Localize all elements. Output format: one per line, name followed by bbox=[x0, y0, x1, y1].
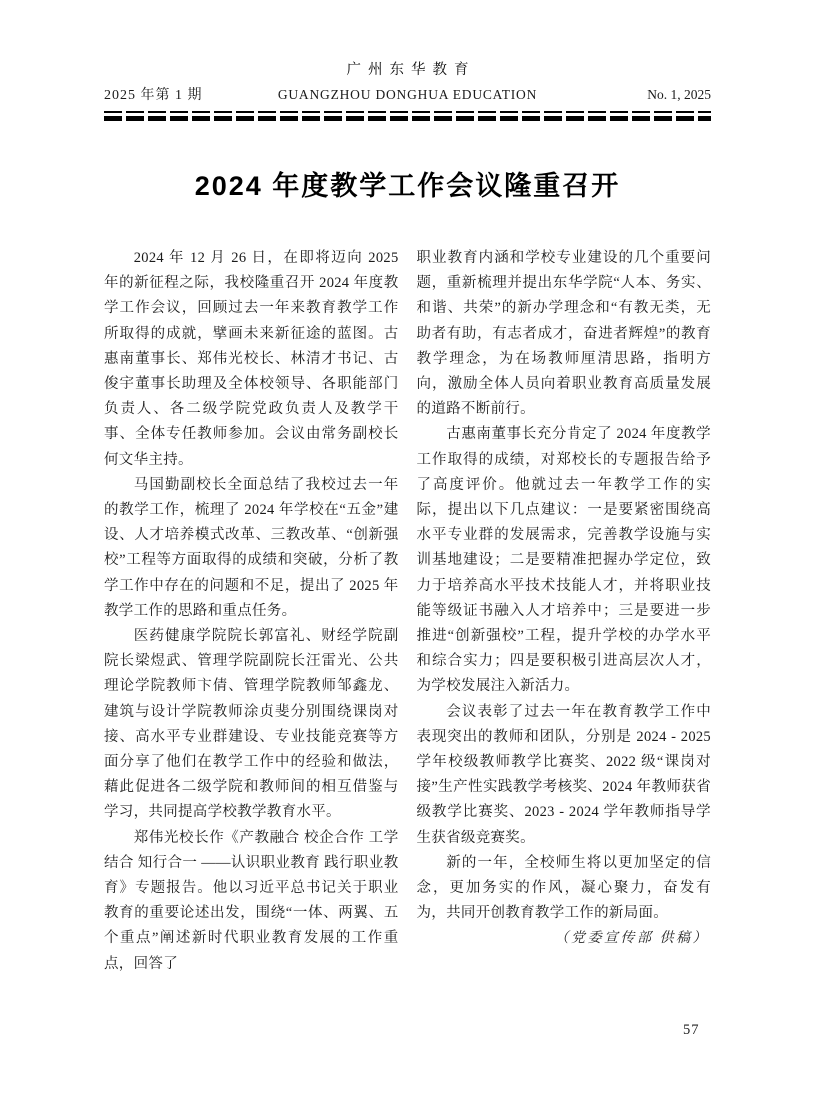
article-body: 2024 年 12 月 26 日，在即将迈向 2025 年的新征程之际，我校隆重… bbox=[104, 246, 711, 977]
issue-number-cn: 2025 年第 1 期 bbox=[104, 84, 274, 104]
header-divider bbox=[104, 111, 711, 121]
article-paragraph: 新的一年，全校师生将以更加坚定的信念，更加务实的作风，凝心聚力，奋发有为，共同开… bbox=[417, 851, 712, 927]
journal-header: 广州东华教育 2025 年第 1 期 GUANGZHOU DONGHUA EDU… bbox=[104, 58, 711, 121]
issue-number-en: No. 1, 2025 bbox=[541, 87, 711, 103]
article-paragraph: 古惠南董事长充分肯定了 2024 年度教学工作取得的成绩，对郑校长的专题报告给予… bbox=[417, 422, 712, 699]
header-rule-thick bbox=[104, 116, 711, 121]
article-paragraph: 职业教育内涵和学校专业建设的几个重要问题，重新梳理并提出东华学院“人本、务实、和… bbox=[417, 246, 712, 422]
article-paragraph: 郑伟光校长作《产教融合 校企合作 工学结合 知行合一 ——认识职业教育 践行职业… bbox=[104, 826, 399, 977]
journal-name-cn: 广州东华教育 bbox=[104, 58, 711, 79]
document-page: 广州东华教育 2025 年第 1 期 GUANGZHOU DONGHUA EDU… bbox=[0, 0, 816, 1119]
byline: （党委宣传部 供稿） bbox=[417, 926, 712, 951]
journal-name-en: GUANGZHOU DONGHUA EDUCATION bbox=[278, 87, 537, 103]
article-paragraph: 2024 年 12 月 26 日，在即将迈向 2025 年的新征程之际，我校隆重… bbox=[104, 246, 399, 473]
journal-header-row: 2025 年第 1 期 GUANGZHOU DONGHUA EDUCATION … bbox=[104, 84, 711, 104]
article-paragraph: 会议表彰了过去一年在教育教学工作中表现突出的教师和团队，分别是 2024 - 2… bbox=[417, 700, 712, 851]
article-paragraph: 医药健康学院院长郭富礼、财经学院副院长梁煜武、管理学院副院长汪雷光、公共理论学院… bbox=[104, 624, 399, 826]
header-rule-thin bbox=[104, 111, 711, 113]
article-column-right: 职业教育内涵和学校专业建设的几个重要问题，重新梳理并提出东华学院“人本、务实、和… bbox=[417, 246, 712, 977]
article-column-left: 2024 年 12 月 26 日，在即将迈向 2025 年的新征程之际，我校隆重… bbox=[104, 246, 399, 977]
article-paragraph: 马国勤副校长全面总结了我校过去一年的教学工作，梳理了 2024 年学校在“五金”… bbox=[104, 473, 399, 624]
article-title: 2024 年度教学工作会议隆重召开 bbox=[104, 164, 711, 203]
page-number: 57 bbox=[683, 1022, 700, 1039]
